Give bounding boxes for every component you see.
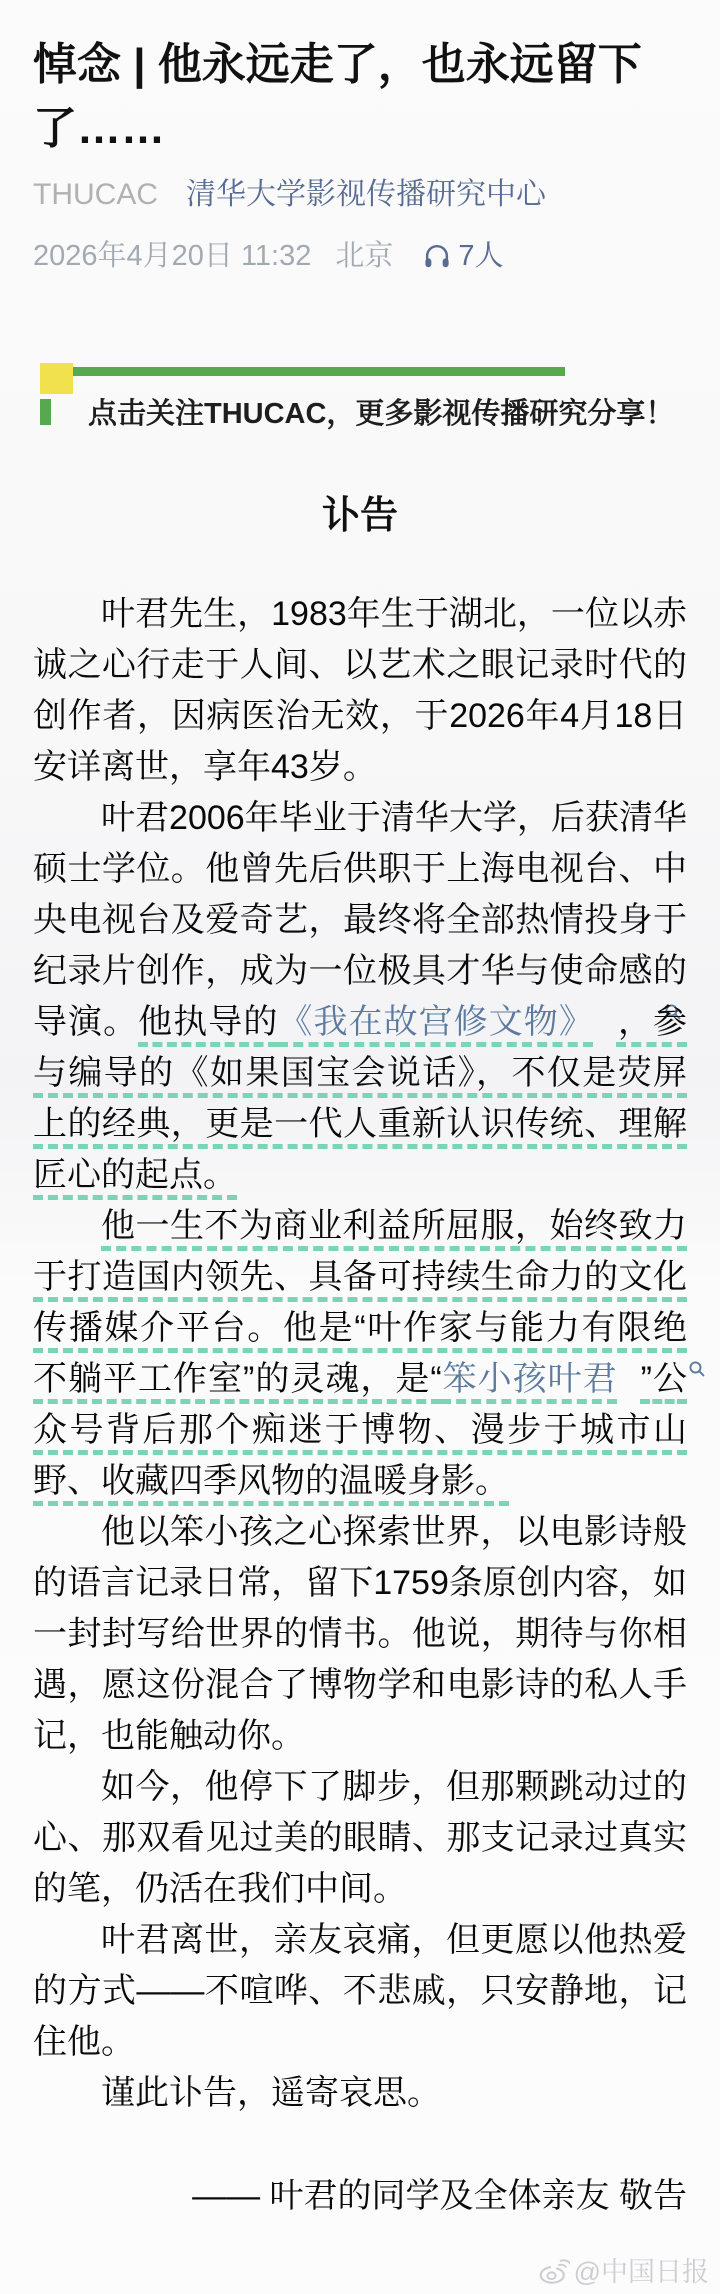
banner-green-bar [73,367,565,376]
paragraph: 他一生不为商业利益所屈服，始终致力于打造国内领先、具备可持续生命力的文化传播媒介… [33,1201,687,1507]
headphone-icon [421,241,453,271]
listen-count[interactable]: 7人 [421,239,503,273]
notice-heading: 讣告 [33,495,687,537]
text-segment: 他以笨小孩之心探索世界，以电影诗般的语言记录日常，留下1759条原创内容，如一封… [33,1513,687,1755]
text-segment: 如今，他停下了脚步，但那颗跳动过的心、那双看见过美的眼睛、那支记录过真实的笔，仍… [33,1768,687,1908]
search-icon [620,1360,638,1378]
text-segment: 他执导的 [138,1003,278,1041]
banner-text: 点击关注THUCAC，更多影视传播研究分享！ [88,391,674,432]
text-segment: 叶君先生，1983年生于湖北，一位以赤诚之心行走于人间、以艺术之眼记录时代的创作… [33,595,687,786]
byline: THUCAC 清华大学影视传播研究中心 [33,177,687,213]
text-segment: 谨此讣告，遥寄哀思。 [101,2074,441,2112]
text-segment: 叶君离世，亲友哀痛，但更愿以他热爱的方式——不喧哗、不悲戚，只安静地，记住他。 [33,1921,687,2061]
listen-count-label: 7人 [458,239,503,273]
article-page: 悼念 | 他永远走了，也永远留下了…… THUCAC 清华大学影视传播研究中心 … [0,0,720,2294]
account-id: THUCAC [33,177,158,213]
paragraph: 叶君2006年毕业于清华大学，后获清华硕士学位。他曾先后供职于上海电视台、中央电… [33,793,687,1201]
weibo-icon [538,2258,570,2286]
paragraph: 谨此讣告，遥寄哀思。 [33,2068,687,2119]
publish-date: 2026年4月20日 11:32 [33,239,311,273]
account-name-link[interactable]: 清华大学影视传播研究中心 [186,177,546,213]
link-wozaigugong-xiuwenwu[interactable]: 《我在故宫修文物》 [278,1003,617,1041]
search-icon [596,1003,614,1021]
follow-banner[interactable]: 点击关注THUCAC，更多影视传播研究分享！ [33,363,687,427]
banner-green-tick [40,399,51,425]
meta-row: 2026年4月20日 11:32 北京 7人 [33,239,687,273]
paragraph: 如今，他停下了脚步，但那颗跳动过的心、那双看见过美的眼睛、那支记录过真实的笔，仍… [33,1762,687,1915]
watermark-label: @中国日报 [574,2256,709,2288]
publish-location: 北京 [335,239,393,273]
article-body: 叶君先生，1983年生于湖北，一位以赤诚之心行走于人间、以艺术之眼记录时代的创作… [33,589,687,2119]
paragraph: 他以笨小孩之心探索世界，以电影诗般的语言记录日常，留下1759条原创内容，如一封… [33,1507,687,1762]
banner-yellow-square [40,363,73,394]
signature-line: —— 叶君的同学及全体亲友 敬告 [33,2171,687,2222]
article-title: 悼念 | 他永远走了，也永远留下了…… [33,33,687,161]
paragraph: 叶君先生，1983年生于湖北，一位以赤诚之心行走于人间、以艺术之眼记录时代的创作… [33,589,687,793]
paragraph: 叶君离世，亲友哀痛，但更愿以他热爱的方式——不喧哗、不悲戚，只安静地，记住他。 [33,1915,687,2068]
link-benxiaohai-yejun[interactable]: 笨小孩叶君 [442,1360,641,1398]
watermark: @中国日报 [33,2256,709,2288]
